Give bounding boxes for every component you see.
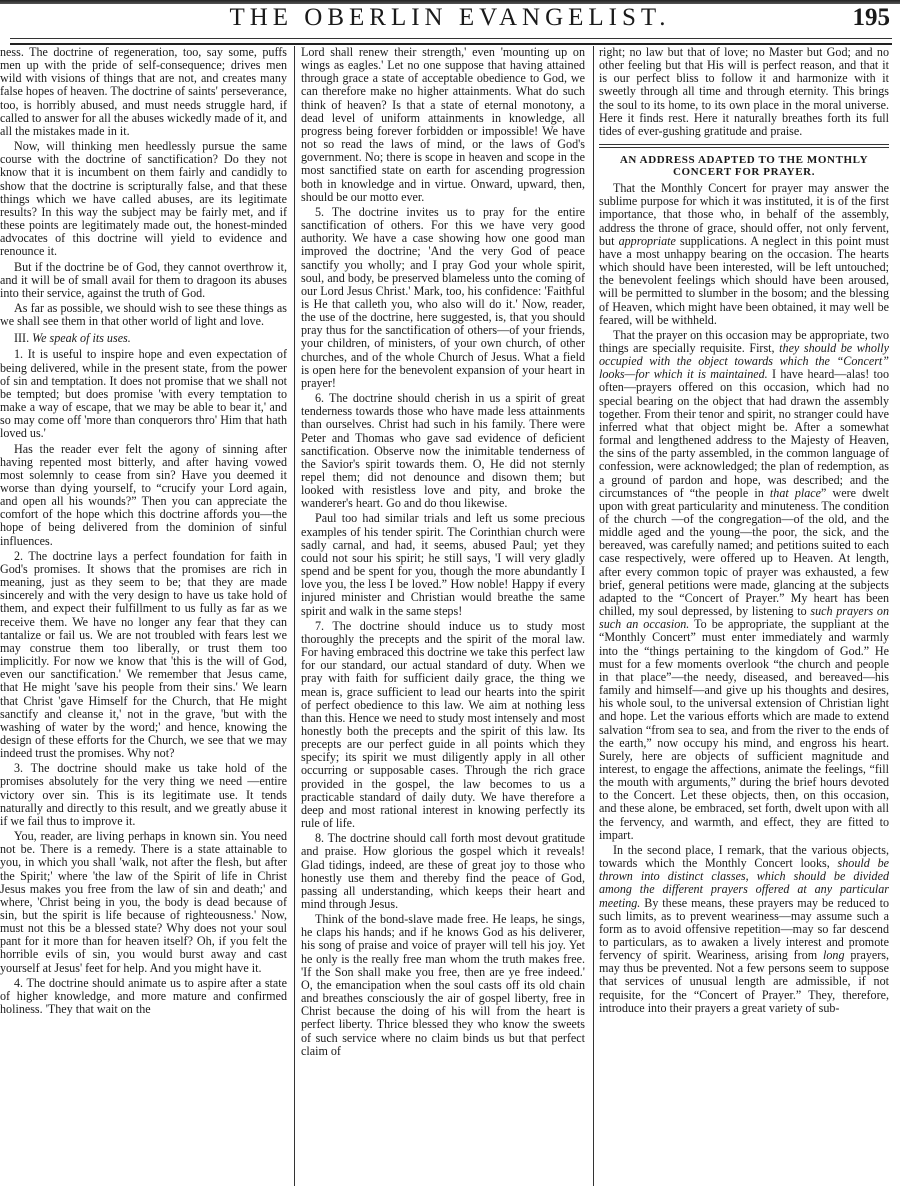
- paragraph: Now, will thinking men heedlessly pursue…: [0, 140, 287, 258]
- paragraph: As far as possible, we should wish to se…: [0, 302, 287, 328]
- paragraph: You, reader, are living perhaps in known…: [0, 830, 287, 975]
- text-run: ” were dwelt upon with great particulari…: [599, 486, 889, 618]
- paragraph: ness. The doctrine of regeneration, too,…: [0, 46, 287, 138]
- column-divider: [294, 46, 295, 1186]
- section-heading: III. We speak of its uses.: [0, 332, 287, 345]
- text-run: supplications. A neglect in this point m…: [599, 234, 889, 327]
- article-separator-rule: [599, 144, 889, 148]
- page-number: 195: [853, 4, 891, 32]
- text-run: To be appropriate, the suppliant at the …: [599, 617, 889, 842]
- paragraph: 1. It is useful to inspire hope and even…: [0, 348, 287, 440]
- paragraph: 6. The doctrine should cherish in us a s…: [301, 392, 585, 510]
- column-divider: [593, 46, 594, 1186]
- italic-text: that place: [770, 486, 821, 500]
- masthead: THE OBERLIN EVANGELIST. 195: [0, 2, 900, 42]
- article-title: AN ADDRESS ADAPTED TO THE MONTHLY CONCER…: [599, 154, 889, 178]
- text-run: I have heard—alas! too often—prayers off…: [599, 367, 889, 499]
- paragraph: Has the reader ever felt the agony of si…: [0, 443, 287, 548]
- section-numeral: III.: [14, 331, 29, 345]
- paragraph: Think of the bond-slave made free. He le…: [301, 913, 585, 1058]
- paragraph: That the prayer on this occasion may be …: [599, 329, 889, 842]
- header-double-rule: [10, 38, 892, 45]
- column-2: Lord shall renew their strength,' even '…: [301, 46, 585, 1186]
- paragraph: 7. The doctrine should induce us to stud…: [301, 620, 585, 831]
- italic-text: appropriate: [619, 234, 676, 248]
- paragraph: But if the doctrine be of God, they cann…: [0, 261, 287, 300]
- column-1: ness. The doctrine of regeneration, too,…: [0, 46, 287, 1186]
- paragraph: Paul too had similar trials and left us …: [301, 512, 585, 617]
- article-columns: ness. The doctrine of regeneration, too,…: [0, 46, 900, 1190]
- paragraph: 3. The doctrine should make us take hold…: [0, 762, 287, 828]
- paragraph: 2. The doctrine lays a perfect foundatio…: [0, 550, 287, 761]
- section-heading-text: We speak of its uses.: [32, 331, 131, 345]
- paragraph: That the Monthly Concert for prayer may …: [599, 182, 889, 327]
- column-3: right; no law but that of love; no Maste…: [599, 46, 889, 1186]
- paragraph: 8. The doctrine should call forth most d…: [301, 832, 585, 911]
- paragraph: right; no law but that of love; no Maste…: [599, 46, 889, 138]
- newspaper-title: THE OBERLIN EVANGELIST.: [0, 4, 900, 32]
- italic-text: long: [823, 948, 845, 962]
- paragraph: 4. The doctrine should animate us to asp…: [0, 977, 287, 1016]
- paragraph: Lord shall renew their strength,' even '…: [301, 46, 585, 204]
- paragraph: 5. The doctrine invites us to pray for t…: [301, 206, 585, 390]
- paragraph: In the second place, I remark, that the …: [599, 844, 889, 1015]
